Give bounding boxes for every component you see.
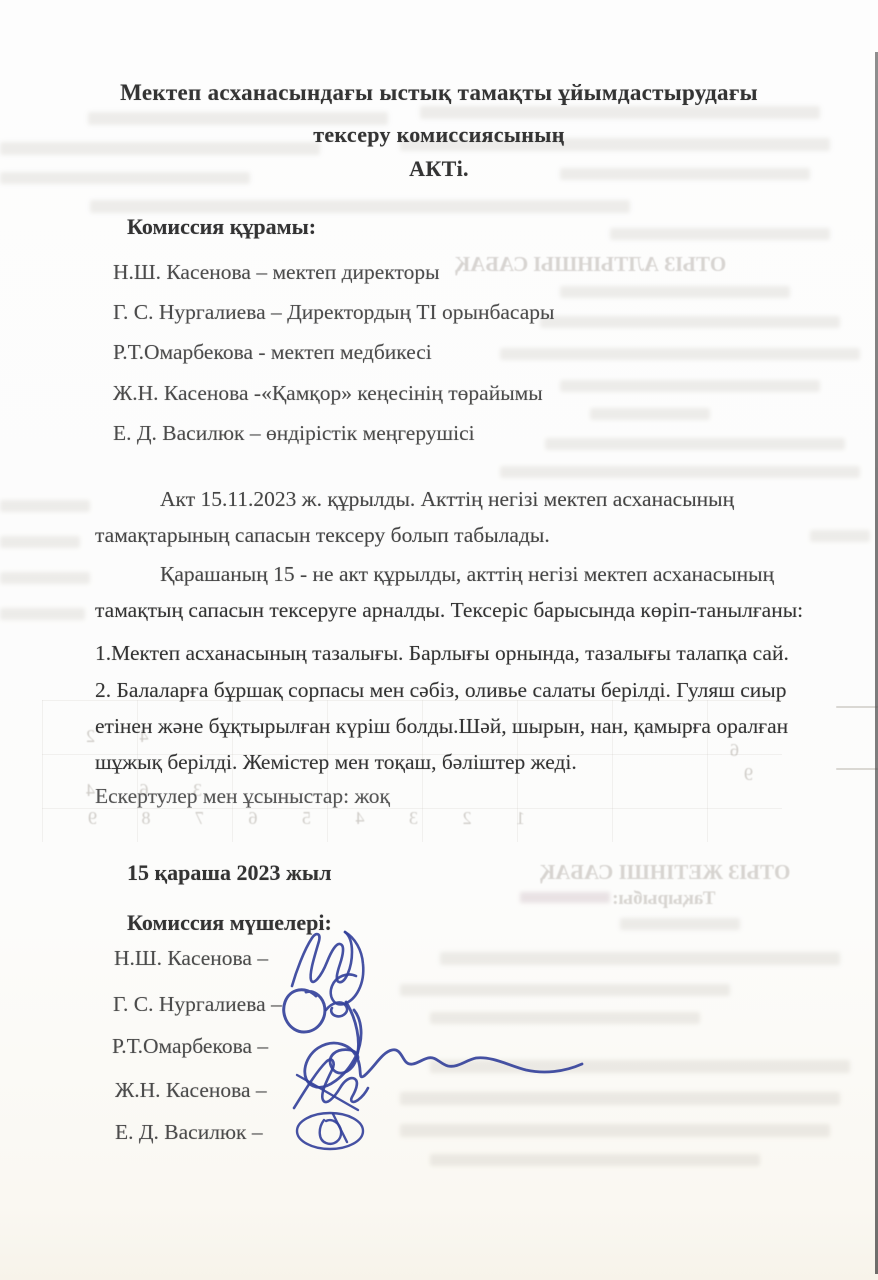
scanned-document-page: ОТЫЗ АЛТЫНШЫ САБАҚ 4 2 3 6 4 1 2 3 4 5 6… <box>0 0 878 1280</box>
bleedthrough-bar <box>560 286 790 298</box>
bleedthrough-bar <box>90 200 630 213</box>
signature-line-label: Г. С. Нургалиева – <box>113 992 282 1017</box>
commission-member: Н.Ш. Касенова – мектеп директоры <box>113 260 440 285</box>
signature-line-label: Р.Т.Омарбекова – <box>112 1034 268 1059</box>
bleedthrough-heading-bottom: ОТЫЗ ЖЕТІНШІ САБАҚ <box>540 860 790 885</box>
bleedthrough-bar <box>620 918 740 930</box>
bleedthrough-bar <box>430 1012 700 1024</box>
signature-kasenova-zhn <box>294 1060 368 1110</box>
bleedthrough-bar <box>0 536 80 548</box>
bleedthrough-bar <box>400 1092 840 1105</box>
commission-member: Е. Д. Василюк – өндірістік меңгерушісі <box>113 421 475 446</box>
signature-line-label: Е. Д. Василюк – <box>115 1120 263 1145</box>
signature-kasenova-nsh <box>292 932 363 1005</box>
bleedthrough-bar <box>836 768 878 770</box>
act-paragraph-line: тамақтың сапасын тексеруге арналды. Текс… <box>95 598 803 623</box>
act-paragraph-line: Акт 15.11.2023 ж. құрылды. Акттің негізі… <box>160 487 734 512</box>
bleedthrough-bar <box>590 408 710 420</box>
bleedthrough-bar <box>540 316 840 328</box>
finding-1: 1.Мектеп асханасының тазалығы. Барлығы о… <box>95 641 789 666</box>
bleedthrough-bar <box>610 228 830 240</box>
act-paragraph-line: тамақтарының сапасын тексеру болып табыл… <box>95 523 550 548</box>
commission-member: Р.Т.Омарбекова - мектеп медбикесі <box>113 340 432 365</box>
signature-line-label: Н.Ш. Касенова – <box>114 946 268 971</box>
bleedthrough-digits: 1 2 3 4 5 6 7 8 9 <box>88 808 525 829</box>
document-title-line2: тексеру комиссиясының <box>0 122 878 148</box>
finding-2-line: етінен және бұқтырылған күріш болды.Шәй,… <box>95 714 788 739</box>
bleedthrough-bar <box>0 572 90 584</box>
bleedthrough-bar <box>400 1124 830 1137</box>
commission-composition-heading: Комиссия құрамы: <box>127 214 316 240</box>
bleedthrough-bar <box>0 608 85 620</box>
bleedthrough-bar <box>560 380 820 392</box>
bleedthrough-digit: 6 <box>730 740 739 761</box>
finding-2-line: 2. Балаларға бұршақ сорпасы мен сәбіз, о… <box>95 678 786 703</box>
signature-omarbekova <box>305 1010 582 1087</box>
bleedthrough-bar <box>545 438 845 450</box>
finding-2-line: шұжық берілді. Жемістер мен тоқаш, бәліш… <box>95 750 577 775</box>
bleedthrough-bar <box>400 984 730 996</box>
notes-line: Ескертулер мен ұсыныстар: жоқ <box>95 784 390 809</box>
commission-members-heading: Комиссия мүшелері: <box>127 910 332 936</box>
act-paragraph-line: Қарашаның 15 - не акт құрылды, акттің не… <box>160 562 774 587</box>
commission-member: Ж.Н. Касенова -«Қамқор» кеңесінің төрайы… <box>113 381 543 406</box>
bleedthrough-heading-top: ОТЫЗ АЛТЫНШЫ САБАҚ <box>455 252 726 277</box>
signature-vasilyuk <box>297 1113 363 1149</box>
bleedthrough-bar <box>0 500 90 512</box>
bleedthrough-bar <box>420 106 820 119</box>
bleedthrough-bar <box>440 952 840 965</box>
bleedthrough-digit: 9 <box>744 764 753 785</box>
bleedthrough-bar <box>810 530 870 542</box>
bleedthrough-subheading-bottom: Тақырыбы: <box>612 888 716 910</box>
bleedthrough-bar <box>836 706 878 708</box>
commission-member: Г. С. Нургалиева – Директордың ТІ орынба… <box>113 300 554 325</box>
bleedthrough-bar <box>500 348 860 360</box>
document-title-line3: АКТі. <box>0 156 878 182</box>
date-line: 15 қараша 2023 жыл <box>127 860 331 886</box>
bleedthrough-bar <box>520 892 610 903</box>
bleedthrough-bar <box>430 1060 850 1073</box>
signature-line-label: Ж.Н. Касенова – <box>115 1078 267 1103</box>
document-title-line1: Мектеп асханасындағы ыстық тамақты ұйымд… <box>0 80 878 106</box>
bleedthrough-bar <box>430 1154 760 1166</box>
signature-nurgalieva <box>284 990 359 1073</box>
bleedthrough-bar <box>500 466 860 478</box>
